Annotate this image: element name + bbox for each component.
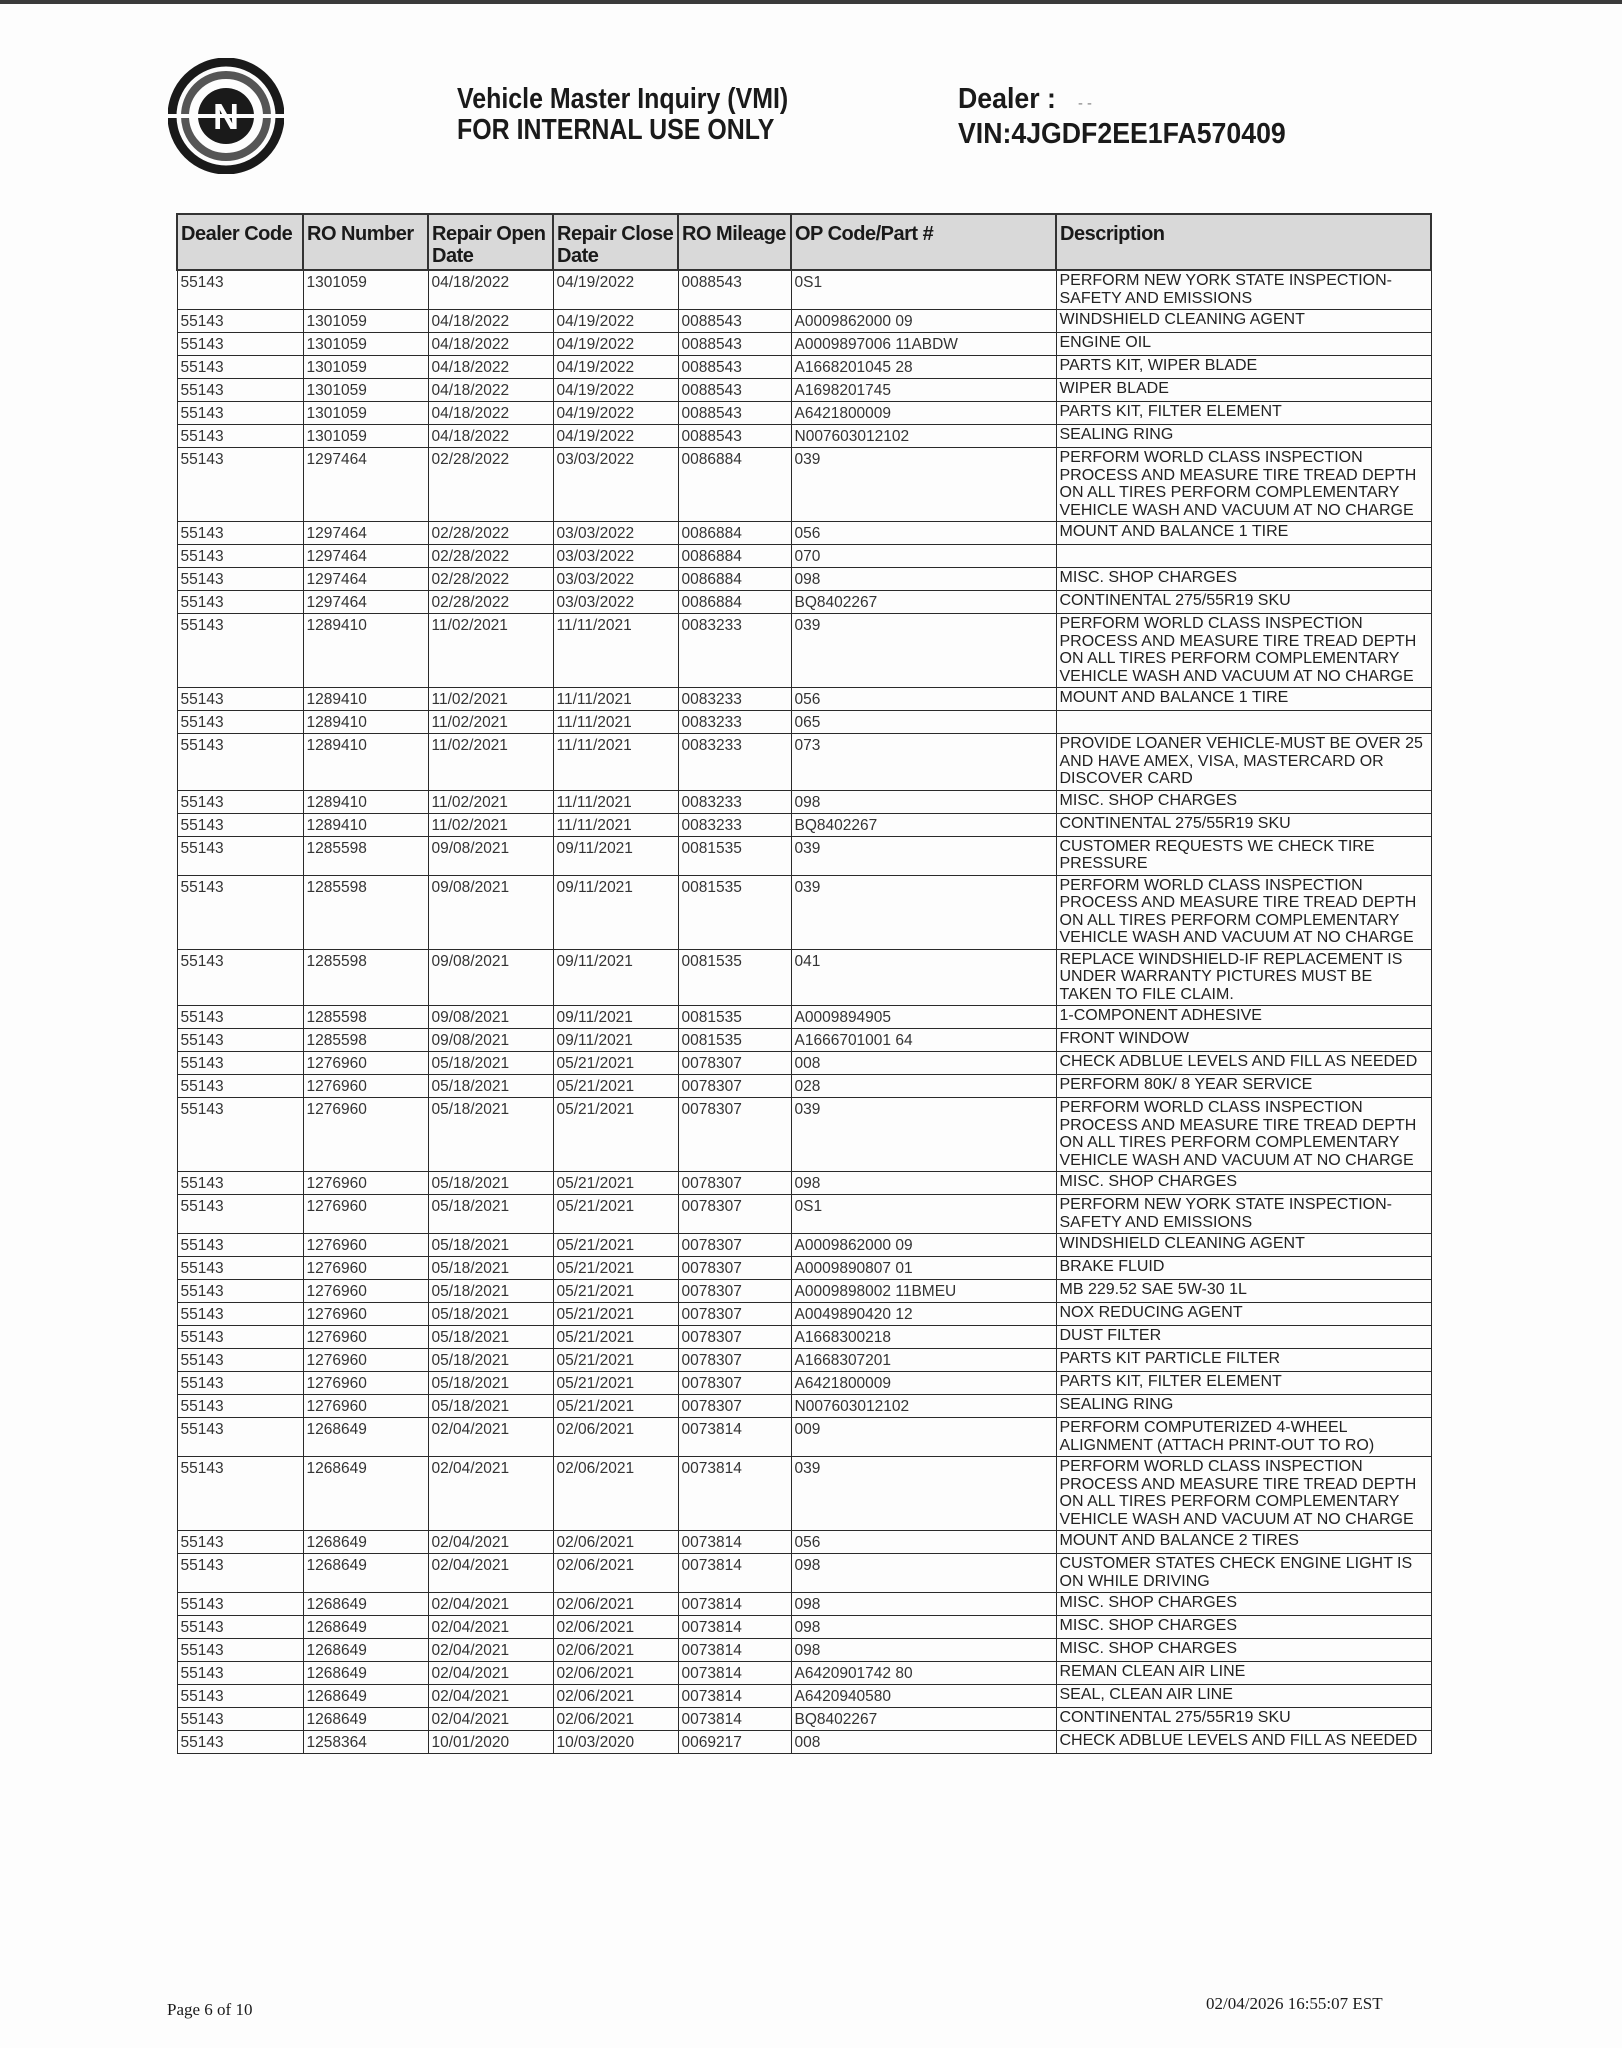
cell-open-date: 05/18/2021 <box>428 1280 553 1303</box>
cell-dealer-code: 55143 <box>177 836 303 875</box>
table-row: 55143127696005/18/202105/21/20210078307A… <box>177 1372 1431 1395</box>
cell-close-date: 05/21/2021 <box>553 1098 678 1172</box>
cell-mileage: 0086884 <box>678 568 791 591</box>
cell-dealer-code: 55143 <box>177 1172 303 1195</box>
cell-ro-number: 1276960 <box>303 1075 428 1098</box>
col-op-code-part: OP Code/Part # <box>791 214 1056 270</box>
cell-dealer-code: 55143 <box>177 1326 303 1349</box>
cell-open-date: 02/28/2022 <box>428 591 553 614</box>
cell-op-code: 0S1 <box>791 1195 1056 1234</box>
cell-ro-number: 1301059 <box>303 333 428 356</box>
cell-mileage: 0086884 <box>678 545 791 568</box>
cell-ro-number: 1268649 <box>303 1639 428 1662</box>
cell-close-date: 05/21/2021 <box>553 1303 678 1326</box>
cell-dealer-code: 55143 <box>177 734 303 791</box>
cell-open-date: 11/02/2021 <box>428 614 553 688</box>
cell-ro-number: 1297464 <box>303 591 428 614</box>
cell-description: PARTS KIT, WIPER BLADE <box>1056 356 1431 379</box>
cell-mileage: 0078307 <box>678 1395 791 1418</box>
table-row: 55143129746402/28/202203/03/202200868840… <box>177 522 1431 545</box>
top-border <box>0 0 1622 4</box>
cell-close-date: 05/21/2021 <box>553 1349 678 1372</box>
cell-mileage: 0088543 <box>678 356 791 379</box>
cell-dealer-code: 55143 <box>177 1554 303 1593</box>
cell-description: REPLACE WINDSHIELD-IF REPLACEMENT IS UND… <box>1056 949 1431 1006</box>
cell-close-date: 02/06/2021 <box>553 1639 678 1662</box>
table-row: 55143130105904/18/202204/19/20220088543A… <box>177 356 1431 379</box>
cell-dealer-code: 55143 <box>177 591 303 614</box>
cell-description: PERFORM WORLD CLASS INSPECTION PROCESS A… <box>1056 1098 1431 1172</box>
cell-description: MISC. SHOP CHARGES <box>1056 1593 1431 1616</box>
cell-close-date: 02/06/2021 <box>553 1457 678 1531</box>
cell-op-code: 056 <box>791 1531 1056 1554</box>
cell-close-date: 09/11/2021 <box>553 836 678 875</box>
cell-close-date: 05/21/2021 <box>553 1234 678 1257</box>
cell-description: SEAL, CLEAN AIR LINE <box>1056 1685 1431 1708</box>
cell-ro-number: 1276960 <box>303 1349 428 1372</box>
table-row: 55143127696005/18/202105/21/202100783070… <box>177 1052 1431 1075</box>
cell-close-date: 11/11/2021 <box>553 614 678 688</box>
dealer-value: - - <box>1078 95 1092 112</box>
cell-close-date: 09/11/2021 <box>553 875 678 949</box>
cell-op-code: N007603012102 <box>791 425 1056 448</box>
cell-dealer-code: 55143 <box>177 790 303 813</box>
cell-description: PERFORM WORLD CLASS INSPECTION PROCESS A… <box>1056 614 1431 688</box>
cell-description: CUSTOMER REQUESTS WE CHECK TIRE PRESSURE <box>1056 836 1431 875</box>
cell-description: 1-COMPONENT ADHESIVE <box>1056 1006 1431 1029</box>
cell-open-date: 09/08/2021 <box>428 875 553 949</box>
cell-open-date: 02/04/2021 <box>428 1457 553 1531</box>
cell-open-date: 05/18/2021 <box>428 1234 553 1257</box>
cell-open-date: 02/28/2022 <box>428 522 553 545</box>
cell-ro-number: 1276960 <box>303 1326 428 1349</box>
cell-dealer-code: 55143 <box>177 356 303 379</box>
cell-mileage: 0073814 <box>678 1457 791 1531</box>
cell-ro-number: 1276960 <box>303 1052 428 1075</box>
col-description: Description <box>1056 214 1431 270</box>
cell-description: CONTINENTAL 275/55R19 SKU <box>1056 1708 1431 1731</box>
cell-op-code: A0009894905 <box>791 1006 1056 1029</box>
table-row: 55143129746402/28/202203/03/202200868840… <box>177 545 1431 568</box>
table-row: 55143126864902/04/202102/06/202100738140… <box>177 1418 1431 1457</box>
cell-op-code: 008 <box>791 1731 1056 1754</box>
cell-mileage: 0078307 <box>678 1172 791 1195</box>
cell-dealer-code: 55143 <box>177 1195 303 1234</box>
cell-dealer-code: 55143 <box>177 425 303 448</box>
cell-description: PERFORM WORLD CLASS INSPECTION PROCESS A… <box>1056 448 1431 522</box>
cell-close-date: 11/11/2021 <box>553 711 678 734</box>
cell-open-date: 05/18/2021 <box>428 1257 553 1280</box>
cell-open-date: 02/04/2021 <box>428 1685 553 1708</box>
cell-op-code: 098 <box>791 1554 1056 1593</box>
cell-mileage: 0078307 <box>678 1303 791 1326</box>
cell-op-code: A0009897006 11ABDW <box>791 333 1056 356</box>
cell-close-date: 05/21/2021 <box>553 1326 678 1349</box>
svg-text:N: N <box>213 96 239 137</box>
cell-ro-number: 1268649 <box>303 1616 428 1639</box>
cell-description: PERFORM NEW YORK STATE INSPECTION-SAFETY… <box>1056 1195 1431 1234</box>
cell-description: NOX REDUCING AGENT <box>1056 1303 1431 1326</box>
table-row: 55143128941011/02/202111/11/202100832330… <box>177 614 1431 688</box>
cell-description: MOUNT AND BALANCE 1 TIRE <box>1056 688 1431 711</box>
cell-description: FRONT WINDOW <box>1056 1029 1431 1052</box>
table-row: 55143128559809/08/202109/11/202100815350… <box>177 949 1431 1006</box>
cell-ro-number: 1301059 <box>303 402 428 425</box>
cell-open-date: 09/08/2021 <box>428 949 553 1006</box>
cell-ro-number: 1276960 <box>303 1098 428 1172</box>
cell-dealer-code: 55143 <box>177 310 303 333</box>
cell-close-date: 09/11/2021 <box>553 1006 678 1029</box>
cell-dealer-code: 55143 <box>177 568 303 591</box>
cell-close-date: 02/06/2021 <box>553 1708 678 1731</box>
cell-dealer-code: 55143 <box>177 1457 303 1531</box>
cell-close-date: 02/06/2021 <box>553 1531 678 1554</box>
cell-ro-number: 1276960 <box>303 1395 428 1418</box>
cell-dealer-code: 55143 <box>177 1685 303 1708</box>
cell-description: PARTS KIT, FILTER ELEMENT <box>1056 1372 1431 1395</box>
table-row: 55143127696005/18/202105/21/20210078307N… <box>177 1395 1431 1418</box>
cell-op-code: 070 <box>791 545 1056 568</box>
cell-ro-number: 1289410 <box>303 614 428 688</box>
cell-open-date: 05/18/2021 <box>428 1303 553 1326</box>
cell-dealer-code: 55143 <box>177 1616 303 1639</box>
cell-close-date: 03/03/2022 <box>553 545 678 568</box>
cell-mileage: 0078307 <box>678 1075 791 1098</box>
cell-mileage: 0081535 <box>678 1006 791 1029</box>
cell-open-date: 02/04/2021 <box>428 1593 553 1616</box>
cell-open-date: 02/28/2022 <box>428 448 553 522</box>
cell-mileage: 0078307 <box>678 1372 791 1395</box>
cell-mileage: 0083233 <box>678 614 791 688</box>
table-row: 55143126864902/04/202102/06/202100738140… <box>177 1554 1431 1593</box>
cell-close-date: 04/19/2022 <box>553 356 678 379</box>
col-repair-close-date: Repair Close Date <box>553 214 678 270</box>
cell-close-date: 05/21/2021 <box>553 1372 678 1395</box>
cell-op-code: A6420940580 <box>791 1685 1056 1708</box>
table-row: 55143128941011/02/202111/11/202100832330… <box>177 790 1431 813</box>
table-row: 55143130105904/18/202204/19/20220088543A… <box>177 333 1431 356</box>
cell-open-date: 05/18/2021 <box>428 1349 553 1372</box>
cell-open-date: 05/18/2021 <box>428 1075 553 1098</box>
cell-ro-number: 1285598 <box>303 1029 428 1052</box>
cell-mileage: 0086884 <box>678 448 791 522</box>
cell-description <box>1056 711 1431 734</box>
table-row: 55143126864902/04/202102/06/20210073814B… <box>177 1708 1431 1731</box>
cell-description: MISC. SHOP CHARGES <box>1056 790 1431 813</box>
table-row: 55143128941011/02/202111/11/202100832330… <box>177 688 1431 711</box>
cell-op-code: 056 <box>791 688 1056 711</box>
table-row: 55143127696005/18/202105/21/20210078307A… <box>177 1257 1431 1280</box>
table-row: 55143128559809/08/202109/11/202100815350… <box>177 836 1431 875</box>
cell-op-code: A1668201045 28 <box>791 356 1056 379</box>
cell-description: CUSTOMER STATES CHECK ENGINE LIGHT IS ON… <box>1056 1554 1431 1593</box>
cell-op-code: 039 <box>791 1098 1056 1172</box>
cell-op-code: 098 <box>791 790 1056 813</box>
cell-ro-number: 1276960 <box>303 1172 428 1195</box>
cell-op-code: 098 <box>791 1616 1056 1639</box>
cell-op-code: 098 <box>791 1639 1056 1662</box>
cell-ro-number: 1289410 <box>303 734 428 791</box>
cell-open-date: 04/18/2022 <box>428 379 553 402</box>
cell-op-code: 039 <box>791 448 1056 522</box>
cell-close-date: 05/21/2021 <box>553 1172 678 1195</box>
cell-description: PERFORM COMPUTERIZED 4-WHEEL ALIGNMENT (… <box>1056 1418 1431 1457</box>
cell-open-date: 04/18/2022 <box>428 333 553 356</box>
table-row: 55143128559809/08/202109/11/202100815350… <box>177 875 1431 949</box>
cell-description: PERFORM WORLD CLASS INSPECTION PROCESS A… <box>1056 1457 1431 1531</box>
cell-close-date: 05/21/2021 <box>553 1280 678 1303</box>
cell-dealer-code: 55143 <box>177 1372 303 1395</box>
n-logo-icon: N <box>168 58 284 174</box>
cell-dealer-code: 55143 <box>177 1662 303 1685</box>
cell-open-date: 11/02/2021 <box>428 813 553 836</box>
cell-description: CONTINENTAL 275/55R19 SKU <box>1056 813 1431 836</box>
cell-op-code: 098 <box>791 1593 1056 1616</box>
cell-open-date: 04/18/2022 <box>428 425 553 448</box>
cell-mileage: 0073814 <box>678 1593 791 1616</box>
cell-close-date: 02/06/2021 <box>553 1418 678 1457</box>
cell-open-date: 11/02/2021 <box>428 790 553 813</box>
cell-mileage: 0073814 <box>678 1554 791 1593</box>
table-row: 55143127696005/18/202105/21/20210078307A… <box>177 1280 1431 1303</box>
cell-dealer-code: 55143 <box>177 1280 303 1303</box>
cell-mileage: 0083233 <box>678 813 791 836</box>
cell-op-code: 039 <box>791 875 1056 949</box>
cell-ro-number: 1297464 <box>303 545 428 568</box>
report-title: Vehicle Master Inquiry (VMI) FOR INTERNA… <box>457 84 788 146</box>
cell-description <box>1056 545 1431 568</box>
cell-dealer-code: 55143 <box>177 1006 303 1029</box>
cell-close-date: 04/19/2022 <box>553 333 678 356</box>
cell-close-date: 05/21/2021 <box>553 1075 678 1098</box>
cell-close-date: 11/11/2021 <box>553 790 678 813</box>
cell-ro-number: 1301059 <box>303 379 428 402</box>
cell-op-code: 098 <box>791 568 1056 591</box>
cell-dealer-code: 55143 <box>177 875 303 949</box>
cell-mileage: 0078307 <box>678 1234 791 1257</box>
cell-description: PARTS KIT PARTICLE FILTER <box>1056 1349 1431 1372</box>
table-row: 55143126864902/04/202102/06/202100738140… <box>177 1457 1431 1531</box>
table-row: 55143130105904/18/202204/19/20220088543N… <box>177 425 1431 448</box>
cell-description: CONTINENTAL 275/55R19 SKU <box>1056 591 1431 614</box>
table-row: 55143130105904/18/202204/19/20220088543A… <box>177 402 1431 425</box>
cell-dealer-code: 55143 <box>177 545 303 568</box>
cell-ro-number: 1258364 <box>303 1731 428 1754</box>
cell-open-date: 10/01/2020 <box>428 1731 553 1754</box>
cell-close-date: 04/19/2022 <box>553 425 678 448</box>
cell-dealer-code: 55143 <box>177 1029 303 1052</box>
cell-open-date: 02/04/2021 <box>428 1531 553 1554</box>
table-row: 55143127696005/18/202105/21/20210078307A… <box>177 1349 1431 1372</box>
cell-ro-number: 1297464 <box>303 568 428 591</box>
cell-op-code: A1698201745 <box>791 379 1056 402</box>
cell-close-date: 02/06/2021 <box>553 1616 678 1639</box>
table-row: 55143130105904/18/202204/19/20220088543A… <box>177 310 1431 333</box>
cell-mileage: 0078307 <box>678 1326 791 1349</box>
cell-description: DUST FILTER <box>1056 1326 1431 1349</box>
cell-close-date: 03/03/2022 <box>553 568 678 591</box>
cell-op-code: 039 <box>791 614 1056 688</box>
cell-mileage: 0088543 <box>678 270 791 310</box>
cell-op-code: A1666701001 64 <box>791 1029 1056 1052</box>
cell-open-date: 02/28/2022 <box>428 545 553 568</box>
cell-mileage: 0088543 <box>678 425 791 448</box>
cell-description: SEALING RING <box>1056 425 1431 448</box>
cell-open-date: 11/02/2021 <box>428 734 553 791</box>
cell-dealer-code: 55143 <box>177 711 303 734</box>
cell-mileage: 0078307 <box>678 1257 791 1280</box>
cell-mileage: 0073814 <box>678 1685 791 1708</box>
cell-close-date: 11/11/2021 <box>553 813 678 836</box>
cell-close-date: 04/19/2022 <box>553 270 678 310</box>
cell-ro-number: 1301059 <box>303 310 428 333</box>
cell-open-date: 09/08/2021 <box>428 1029 553 1052</box>
cell-dealer-code: 55143 <box>177 1731 303 1754</box>
cell-close-date: 09/11/2021 <box>553 949 678 1006</box>
cell-dealer-code: 55143 <box>177 448 303 522</box>
cell-op-code: 028 <box>791 1075 1056 1098</box>
cell-description: WINDSHIELD CLEANING AGENT <box>1056 310 1431 333</box>
cell-ro-number: 1285598 <box>303 1006 428 1029</box>
table-row: 55143128941011/02/202111/11/202100832330… <box>177 734 1431 791</box>
cell-open-date: 09/08/2021 <box>428 836 553 875</box>
cell-close-date: 05/21/2021 <box>553 1395 678 1418</box>
cell-description: PERFORM WORLD CLASS INSPECTION PROCESS A… <box>1056 875 1431 949</box>
cell-open-date: 02/28/2022 <box>428 568 553 591</box>
cell-mileage: 0073814 <box>678 1616 791 1639</box>
cell-ro-number: 1289410 <box>303 711 428 734</box>
cell-close-date: 04/19/2022 <box>553 402 678 425</box>
cell-open-date: 04/18/2022 <box>428 402 553 425</box>
cell-open-date: 02/04/2021 <box>428 1418 553 1457</box>
cell-op-code: N007603012102 <box>791 1395 1056 1418</box>
cell-mileage: 0081535 <box>678 875 791 949</box>
cell-open-date: 02/04/2021 <box>428 1616 553 1639</box>
cell-op-code: A6421800009 <box>791 402 1056 425</box>
cell-description: MISC. SHOP CHARGES <box>1056 568 1431 591</box>
cell-close-date: 05/21/2021 <box>553 1195 678 1234</box>
cell-dealer-code: 55143 <box>177 1303 303 1326</box>
cell-description: REMAN CLEAN AIR LINE <box>1056 1662 1431 1685</box>
table-row: 55143126864902/04/202102/06/202100738140… <box>177 1639 1431 1662</box>
cell-close-date: 10/03/2020 <box>553 1731 678 1754</box>
table-row: 55143126864902/04/202102/06/202100738140… <box>177 1593 1431 1616</box>
cell-description: SEALING RING <box>1056 1395 1431 1418</box>
table-row: 55143126864902/04/202102/06/202100738140… <box>177 1616 1431 1639</box>
dealer-label: Dealer : <box>958 83 1056 115</box>
cell-open-date: 02/04/2021 <box>428 1662 553 1685</box>
col-ro-number: RO Number <box>303 214 428 270</box>
cell-mileage: 0088543 <box>678 379 791 402</box>
cell-dealer-code: 55143 <box>177 402 303 425</box>
cell-mileage: 0073814 <box>678 1418 791 1457</box>
table-row: 55143126864902/04/202102/06/20210073814A… <box>177 1662 1431 1685</box>
dealer-info: Dealer :- - VIN:4JGDF2EE1FA570409 <box>958 84 1286 150</box>
cell-open-date: 04/18/2022 <box>428 270 553 310</box>
cell-description: MOUNT AND BALANCE 2 TIRES <box>1056 1531 1431 1554</box>
cell-ro-number: 1276960 <box>303 1234 428 1257</box>
vin: VIN:4JGDF2EE1FA570409 <box>958 119 1286 150</box>
cell-open-date: 04/18/2022 <box>428 310 553 333</box>
cell-description: PARTS KIT, FILTER ELEMENT <box>1056 402 1431 425</box>
cell-dealer-code: 55143 <box>177 1234 303 1257</box>
cell-close-date: 02/06/2021 <box>553 1593 678 1616</box>
cell-dealer-code: 55143 <box>177 813 303 836</box>
cell-ro-number: 1276960 <box>303 1280 428 1303</box>
cell-op-code: BQ8402267 <box>791 591 1056 614</box>
cell-mileage: 0081535 <box>678 1029 791 1052</box>
cell-op-code: 009 <box>791 1418 1056 1457</box>
cell-ro-number: 1289410 <box>303 790 428 813</box>
cell-mileage: 0081535 <box>678 836 791 875</box>
cell-op-code: A6421800009 <box>791 1372 1056 1395</box>
table-row: 55143127696005/18/202105/21/202100783070… <box>177 1172 1431 1195</box>
cell-op-code: A0009862000 09 <box>791 1234 1056 1257</box>
cell-mileage: 0083233 <box>678 688 791 711</box>
table-row: 55143127696005/18/202105/21/20210078307A… <box>177 1303 1431 1326</box>
vmi-table: Dealer Code RO Number Repair Open Date R… <box>176 213 1432 1754</box>
table-row: 55143128559809/08/202109/11/20210081535A… <box>177 1029 1431 1052</box>
cell-dealer-code: 55143 <box>177 379 303 402</box>
cell-dealer-code: 55143 <box>177 1639 303 1662</box>
table-row: 55143129746402/28/202203/03/20220086884B… <box>177 591 1431 614</box>
cell-ro-number: 1268649 <box>303 1418 428 1457</box>
cell-ro-number: 1301059 <box>303 425 428 448</box>
cell-mileage: 0088543 <box>678 402 791 425</box>
cell-close-date: 02/06/2021 <box>553 1662 678 1685</box>
cell-ro-number: 1289410 <box>303 813 428 836</box>
cell-close-date: 02/06/2021 <box>553 1554 678 1593</box>
cell-dealer-code: 55143 <box>177 949 303 1006</box>
cell-dealer-code: 55143 <box>177 1349 303 1372</box>
cell-open-date: 05/18/2021 <box>428 1195 553 1234</box>
cell-description: MOUNT AND BALANCE 1 TIRE <box>1056 522 1431 545</box>
cell-description: BRAKE FLUID <box>1056 1257 1431 1280</box>
cell-ro-number: 1268649 <box>303 1685 428 1708</box>
cell-ro-number: 1268649 <box>303 1593 428 1616</box>
cell-dealer-code: 55143 <box>177 1531 303 1554</box>
table-row: 55143125836410/01/202010/03/202000692170… <box>177 1731 1431 1754</box>
cell-open-date: 02/04/2021 <box>428 1554 553 1593</box>
cell-mileage: 0078307 <box>678 1195 791 1234</box>
col-dealer-code: Dealer Code <box>177 214 303 270</box>
cell-open-date: 05/18/2021 <box>428 1326 553 1349</box>
cell-ro-number: 1268649 <box>303 1531 428 1554</box>
cell-op-code: A0009898002 11BMEU <box>791 1280 1056 1303</box>
cell-op-code: A1668307201 <box>791 1349 1056 1372</box>
cell-op-code: A0049890420 12 <box>791 1303 1056 1326</box>
cell-description: MISC. SHOP CHARGES <box>1056 1172 1431 1195</box>
table-row: 55143127696005/18/202105/21/202100783070… <box>177 1195 1431 1234</box>
page-number: Page 6 of 10 <box>167 2000 252 2020</box>
cell-op-code: 0S1 <box>791 270 1056 310</box>
cell-open-date: 05/18/2021 <box>428 1052 553 1075</box>
cell-dealer-code: 55143 <box>177 1075 303 1098</box>
cell-mileage: 0078307 <box>678 1052 791 1075</box>
cell-description: MISC. SHOP CHARGES <box>1056 1639 1431 1662</box>
col-ro-mileage: RO Mileage <box>678 214 791 270</box>
cell-op-code: 065 <box>791 711 1056 734</box>
cell-dealer-code: 55143 <box>177 1708 303 1731</box>
cell-mileage: 0083233 <box>678 711 791 734</box>
cell-open-date: 11/02/2021 <box>428 688 553 711</box>
cell-op-code: A6420901742 80 <box>791 1662 1056 1685</box>
cell-open-date: 09/08/2021 <box>428 1006 553 1029</box>
cell-dealer-code: 55143 <box>177 1418 303 1457</box>
cell-op-code: BQ8402267 <box>791 813 1056 836</box>
title-line-2: FOR INTERNAL USE ONLY <box>457 115 788 146</box>
cell-mileage: 0073814 <box>678 1531 791 1554</box>
